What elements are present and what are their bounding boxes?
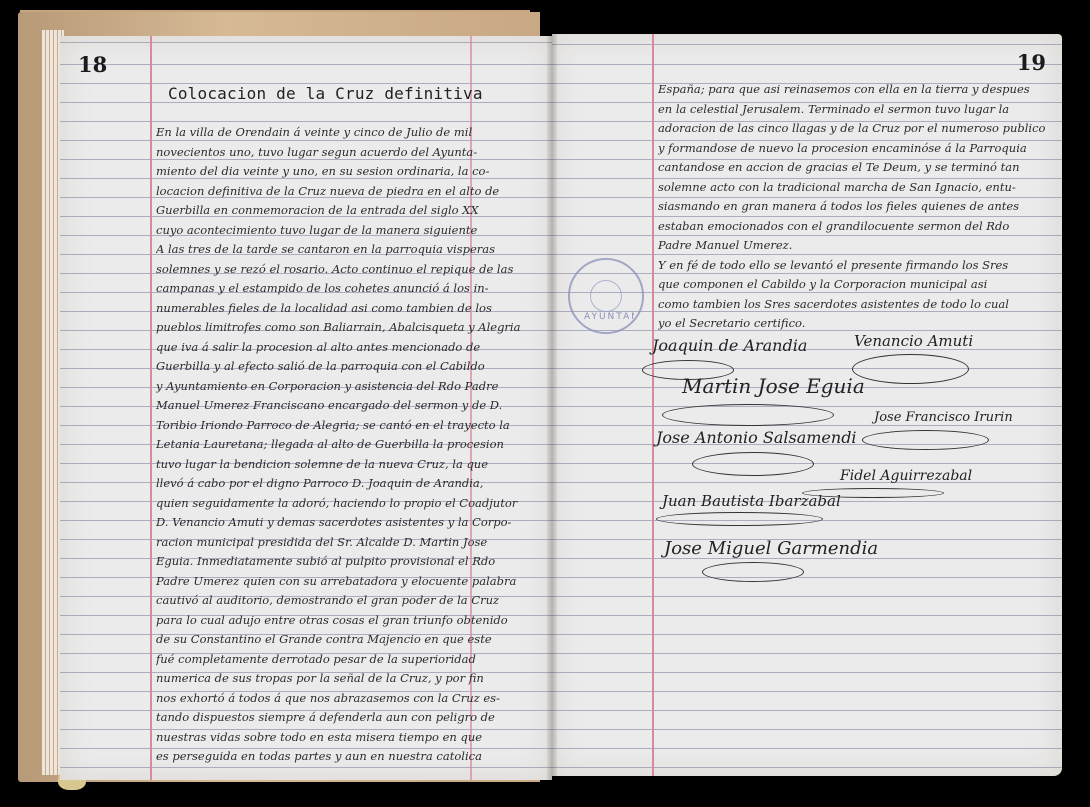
signature-flourish bbox=[862, 430, 989, 450]
signature: Jose Miguel Garmendia bbox=[664, 538, 878, 559]
text-line: pueblos limitrofes como son Baliarrain, … bbox=[156, 318, 546, 338]
text-line: quien seguidamente la adoró, haciendo lo… bbox=[156, 494, 546, 514]
signature-flourish bbox=[656, 512, 823, 526]
text-line: que iva á salir la procesion al alto ant… bbox=[156, 338, 546, 358]
handwritten-text-block: España; para que asi reinasemos con ella… bbox=[658, 80, 1053, 334]
text-line: numerica de sus tropas por la señal de l… bbox=[156, 669, 546, 689]
text-line: adoracion de las cinco llagas y de la Cr… bbox=[658, 119, 1053, 139]
signature-flourish bbox=[692, 452, 814, 476]
text-line: cantandose en accion de gracias el Te De… bbox=[658, 158, 1053, 178]
handwritten-text-block: En la villa de Orendain á veinte y cinco… bbox=[156, 123, 546, 767]
text-line: nos exhortó á todos á que nos abrazasemo… bbox=[156, 689, 546, 709]
left-page: 18 Colocacion de la Cruz definitiva En l… bbox=[60, 36, 552, 780]
signature: Juan Bautista Ibarzabal bbox=[662, 492, 841, 510]
text-line: racion municipal presidida del Sr. Alcal… bbox=[156, 533, 546, 553]
text-line: cautivó al auditorio, demostrando el gra… bbox=[156, 591, 546, 611]
text-line: Y en fé de todo ello se levantó el prese… bbox=[658, 256, 1053, 276]
text-line: tuvo lugar la bendicion solemne de la nu… bbox=[156, 455, 546, 475]
text-line: Padre Umerez quien con su arrebatadora y… bbox=[156, 572, 546, 592]
text-line: de su Constantino el Grande contra Majen… bbox=[156, 630, 546, 650]
text-line: numerables fieles de la localidad asi co… bbox=[156, 299, 546, 319]
margin-line bbox=[150, 36, 152, 780]
text-line: A las tres de la tarde se cantaron en la… bbox=[156, 240, 546, 260]
stamp-text: AYUNTAMIENTO DE ORENDAIN bbox=[584, 312, 634, 322]
signature: Jose Antonio Salsamendi bbox=[656, 428, 857, 447]
text-line: campanas y el estampido de los cohetes a… bbox=[156, 279, 546, 299]
signature: Venancio Amuti bbox=[854, 332, 973, 350]
signature-flourish bbox=[702, 562, 804, 582]
text-line: cuyo acontecimiento tuvo lugar de la man… bbox=[156, 221, 546, 241]
text-line: En la villa de Orendain á veinte y cinco… bbox=[156, 123, 546, 143]
text-line: D. Venancio Amuti y demas sacerdotes asi… bbox=[156, 513, 546, 533]
text-line: estaban emocionados con el grandilocuent… bbox=[658, 217, 1053, 237]
signature: Jose Francisco Irurin bbox=[874, 410, 1013, 425]
text-line: yo el Secretario certifico. bbox=[658, 314, 1053, 334]
text-line: es perseguida en todas partes y aun en n… bbox=[156, 747, 546, 767]
signature-flourish bbox=[662, 404, 834, 426]
signature: Joaquin de Arandia bbox=[652, 336, 807, 355]
text-line: Guerbilla y al efecto salió de la parroq… bbox=[156, 357, 546, 377]
book-gutter bbox=[547, 34, 557, 780]
page-number: 18 bbox=[78, 52, 107, 77]
stamp-emblem-icon bbox=[590, 280, 622, 312]
text-line: Letania Lauretana; llegada al alto de Gu… bbox=[156, 435, 546, 455]
text-line: que componen el Cabildo y la Corporacion… bbox=[658, 275, 1053, 295]
text-line: nuestras vidas sobre todo en esta misera… bbox=[156, 728, 546, 748]
text-line: Eguia. Inmediatamente subió al pulpito p… bbox=[156, 552, 546, 572]
text-line: España; para que asi reinasemos con ella… bbox=[658, 80, 1053, 100]
page-number: 19 bbox=[1017, 50, 1046, 75]
text-line: siasmando en gran manera á todos los fie… bbox=[658, 197, 1053, 217]
text-line: solemnes y se rezó el rosario. Acto cont… bbox=[156, 260, 546, 280]
right-page: 19 España; para que asi reinasemos con e… bbox=[552, 34, 1062, 776]
signature: Martin Jose Eguia bbox=[682, 374, 865, 398]
text-line: Toribio Iriondo Parroco de Alegria; se c… bbox=[156, 416, 546, 436]
text-line: tando dispuestos siempre á defenderla au… bbox=[156, 708, 546, 728]
text-line: y formandose de nuevo la procesion encam… bbox=[658, 139, 1053, 159]
text-line: miento del dia veinte y uno, en su sesio… bbox=[156, 162, 546, 182]
margin-line bbox=[652, 34, 654, 776]
text-line: locacion definitiva de la Cruz nueva de … bbox=[156, 182, 546, 202]
text-line: llevó á cabo por el digno Parroco D. Joa… bbox=[156, 474, 546, 494]
text-line: para lo cual adujo entre otras cosas el … bbox=[156, 611, 546, 631]
text-line: y Ayuntamiento en Corporacion y asistenc… bbox=[156, 377, 546, 397]
text-line: Manuel Umerez Franciscano encargado del … bbox=[156, 396, 546, 416]
text-line: novecientos uno, tuvo lugar segun acuerd… bbox=[156, 143, 546, 163]
text-line: solemne acto con la tradicional marcha d… bbox=[658, 178, 1053, 198]
text-line: Padre Manuel Umerez. bbox=[658, 236, 1053, 256]
page-heading: Colocacion de la Cruz definitiva bbox=[168, 84, 483, 103]
text-line: fué completamente derrotado pesar de la … bbox=[156, 650, 546, 670]
text-line: Guerbilla en conmemoracion de la entrada… bbox=[156, 201, 546, 221]
text-line: en la celestial Jerusalem. Terminado el … bbox=[658, 100, 1053, 120]
signature-flourish bbox=[852, 354, 969, 384]
official-stamp: AYUNTAMIENTO DE ORENDAIN bbox=[568, 258, 644, 334]
signature: Fidel Aguirrezabal bbox=[840, 468, 972, 484]
text-line: como tambien los Sres sacerdotes asisten… bbox=[658, 295, 1053, 315]
